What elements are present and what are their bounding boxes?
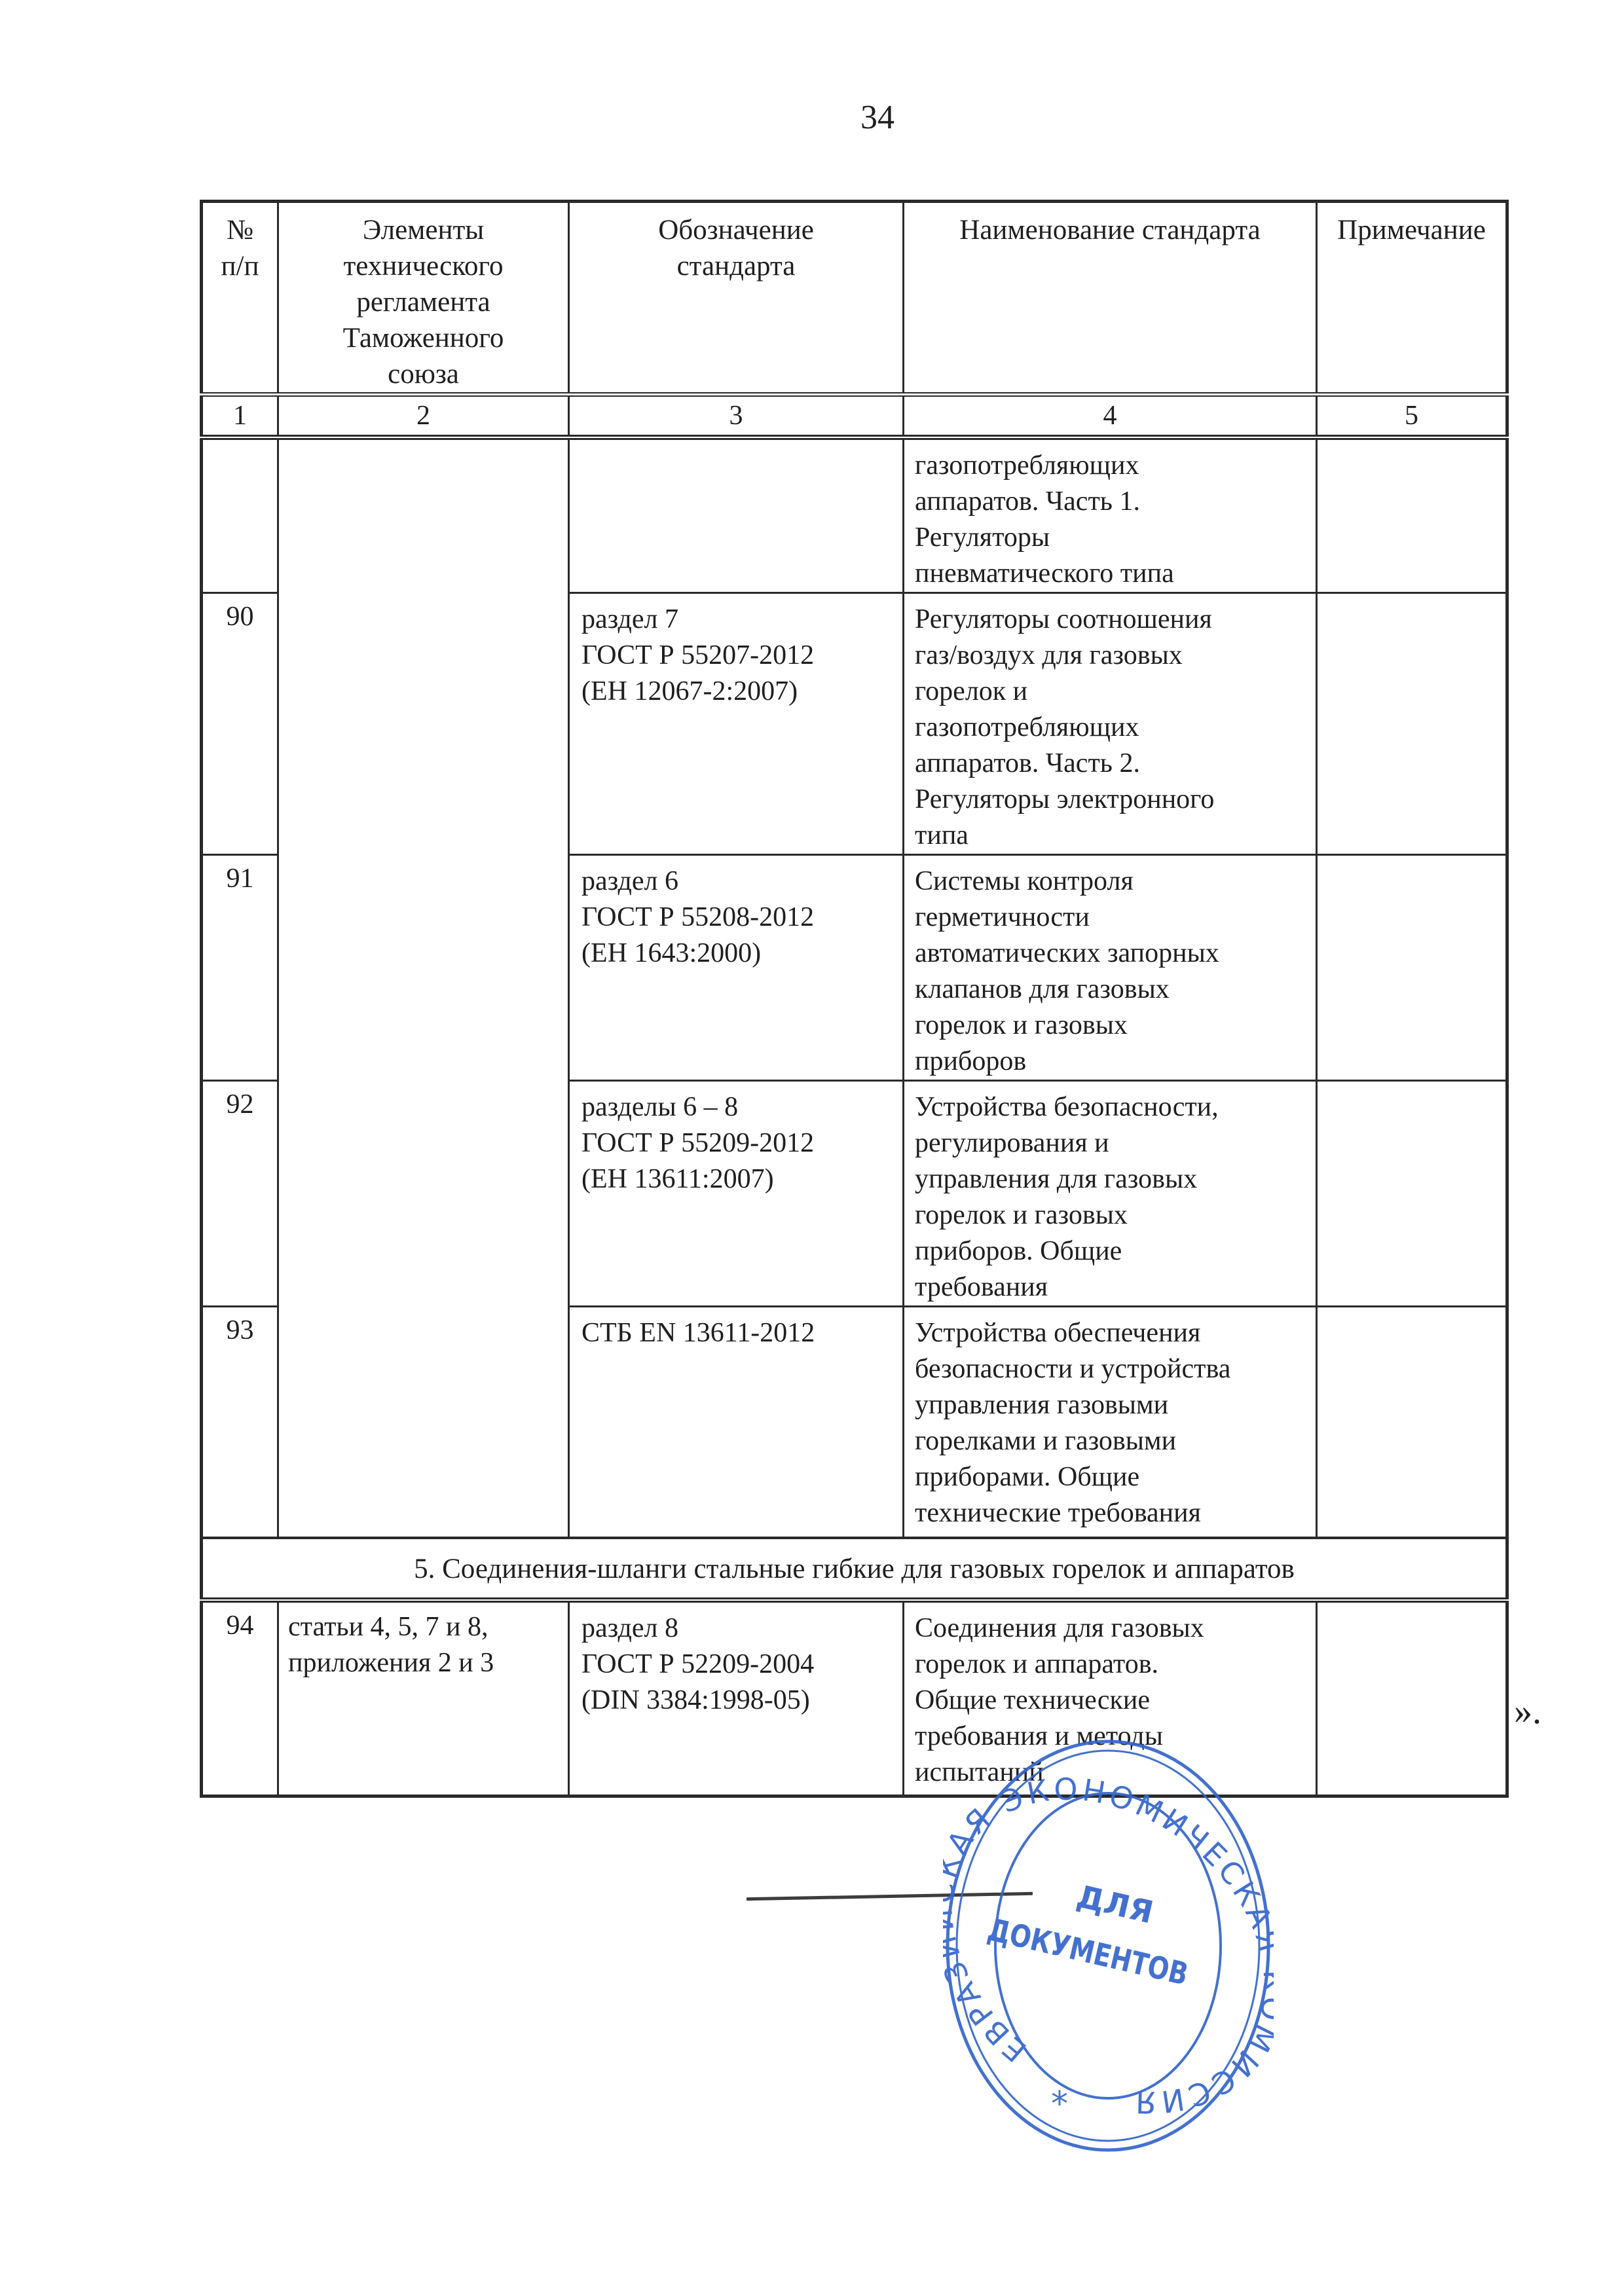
eec-stamp: ЕВРАЗИЙСКАЯ ЭКОНОМИЧЕСКАЯ КОМИССИЯ * ДЛЯ…	[943, 1738, 1274, 2154]
cell-designation: раздел 7 ГОСТ Р 55207-2012 (ЕН 12067-2:2…	[569, 593, 904, 855]
standards-table: № п/п Элементы технического регламента Т…	[200, 200, 1509, 1798]
cell-standard-name: Устройства обеспечения безопасности и ус…	[904, 1307, 1317, 1538]
cell-num: 94	[202, 1600, 278, 1796]
colnum-4: 4	[904, 395, 1317, 438]
section-title-row: 5. Соединения-шланги стальные гибкие для…	[202, 1538, 1507, 1600]
stamp-center-line2: ДОКУМЕНТОВ	[984, 1912, 1191, 1993]
cell-designation	[569, 437, 904, 593]
cell-standard-name: Устройства безопасности, регулирования и…	[904, 1081, 1317, 1307]
cell-standard-name: Системы контроля герметичности автоматич…	[904, 855, 1317, 1081]
colnum-3: 3	[569, 395, 904, 438]
table-row-continuation: газопотребляющих аппаратов. Часть 1. Рег…	[202, 437, 1507, 593]
cell-note	[1317, 855, 1507, 1081]
cell-num: 90	[202, 593, 278, 855]
stamp-center-line1: ДЛЯ	[1073, 1878, 1156, 1931]
cell-note	[1317, 437, 1507, 593]
header-cell-elements: Элементы технического регламента Таможен…	[278, 202, 569, 395]
header-cell-number: № п/п	[202, 202, 278, 395]
column-number-row: 1 2 3 4 5	[202, 395, 1507, 438]
colnum-1: 1	[202, 395, 278, 438]
table-row-94: 94 статьи 4, 5, 7 и 8, приложения 2 и 3 …	[202, 1600, 1507, 1796]
cell-note	[1317, 593, 1507, 855]
cell-num	[202, 437, 278, 593]
cell-designation: разделы 6 – 8 ГОСТ Р 55209-2012 (ЕН 1361…	[569, 1081, 904, 1307]
cell-standard-name: газопотребляющих аппаратов. Часть 1. Рег…	[904, 437, 1317, 593]
table-header-row: № п/п Элементы технического регламента Т…	[202, 202, 1507, 395]
colnum-2: 2	[278, 395, 569, 438]
page-number: 34	[860, 98, 895, 137]
cell-num: 93	[202, 1307, 278, 1538]
cell-num: 92	[202, 1081, 278, 1307]
cell-designation: раздел 6 ГОСТ Р 55208-2012 (ЕН 1643:2000…	[569, 855, 904, 1081]
header-cell-standard-name: Наименование стандарта	[904, 202, 1317, 395]
header-cell-designation: Обозначение стандарта	[569, 202, 904, 395]
closing-quote-mark: ».	[1514, 1690, 1541, 1732]
cell-note	[1317, 1307, 1507, 1538]
cell-note	[1317, 1081, 1507, 1307]
cell-standard-name: Регуляторы соотношения газ/воздух для га…	[904, 593, 1317, 855]
document-page: { "page": { "number": "34", "closing_mar…	[0, 0, 1624, 2296]
cell-elements-merged	[278, 437, 569, 1538]
cell-designation: СТБ EN 13611-2012	[569, 1307, 904, 1538]
header-cell-note: Примечание	[1317, 202, 1507, 395]
cell-num: 91	[202, 855, 278, 1081]
colnum-5: 5	[1317, 395, 1507, 438]
stamp-star-icon: *	[1051, 2085, 1068, 2124]
section-title: 5. Соединения-шланги стальные гибкие для…	[202, 1538, 1507, 1600]
cell-note	[1317, 1600, 1507, 1796]
cell-designation: раздел 8 ГОСТ Р 52209-2004 (DIN 3384:199…	[569, 1600, 904, 1796]
cell-elements: статьи 4, 5, 7 и 8, приложения 2 и 3	[278, 1600, 569, 1796]
